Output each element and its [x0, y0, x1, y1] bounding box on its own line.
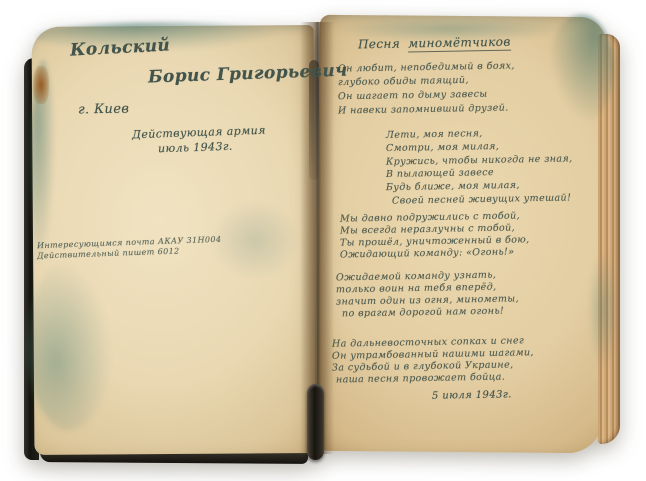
- binding-clip: [307, 384, 324, 460]
- poem-date: 5 июля 1943г.: [432, 389, 512, 401]
- poem-title: Песня миномётчиков: [358, 35, 511, 54]
- city-line: г. Киев: [78, 102, 130, 118]
- poem-title-word: Песня: [358, 37, 400, 54]
- poem-line: Будь ближе, моя милая,: [386, 180, 520, 193]
- poem-line: В пылающей завесе: [386, 167, 494, 180]
- poem-line: глубоко обиды таящий,: [338, 75, 469, 88]
- open-notebook: Кольский Борис Григорьевич г. Киев Дейст…: [0, 0, 646, 481]
- army-date-line: июль 1943г.: [158, 140, 233, 156]
- poem-title-word: миномётчиков: [408, 35, 511, 53]
- poem-line: Лети, моя песня,: [386, 128, 483, 141]
- poem-line: Смотри, моя милая,: [386, 141, 499, 154]
- notebook-photo: Кольский Борис Григорьевич г. Киев Дейст…: [0, 0, 646, 481]
- page-stack-edge: [598, 34, 620, 444]
